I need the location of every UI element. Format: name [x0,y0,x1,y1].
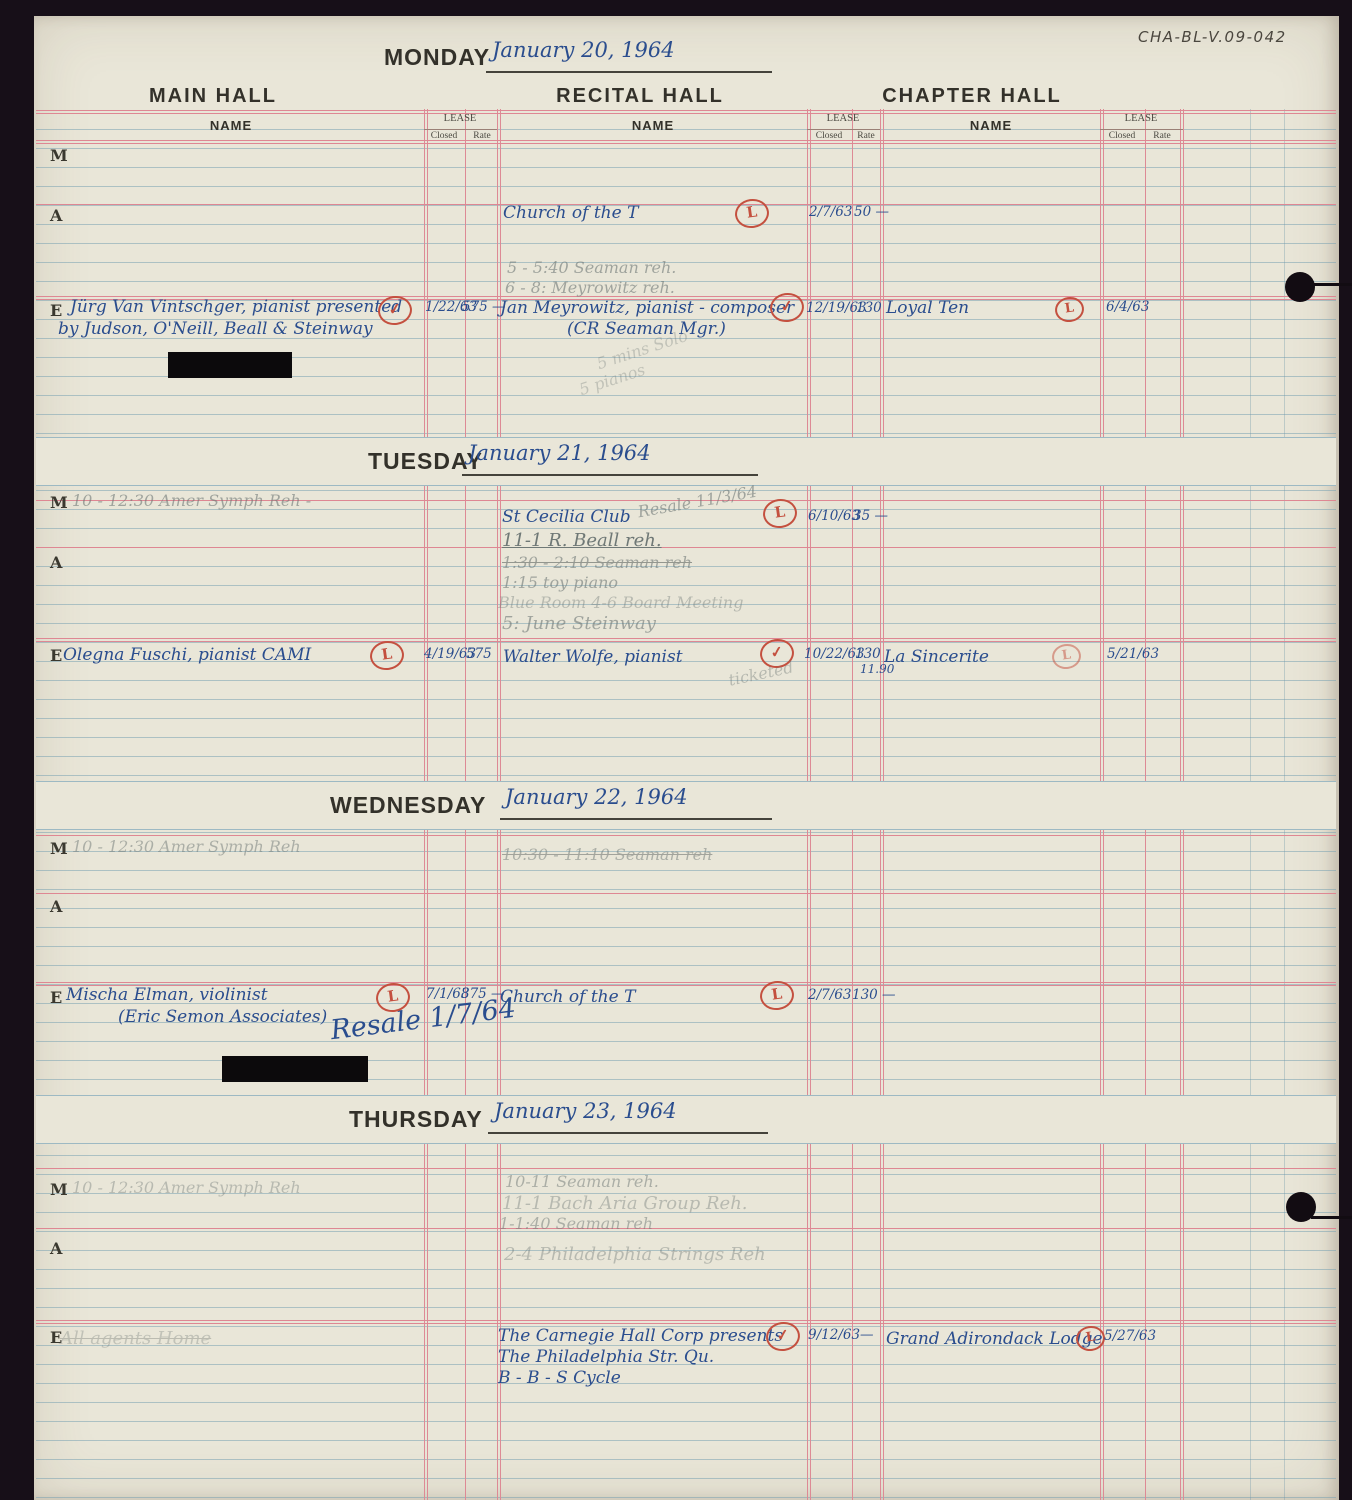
schedule-note: 10 - 12:30 Amer Symph Reh [72,1178,301,1197]
schedule-note: 11-1 Bach Aria Group Reh. [502,1193,748,1214]
row-label-afternoon: A [50,1239,62,1258]
day-date: January 21, 1964 [468,441,651,465]
booking-name: The Carnegie Hall Corp presents [498,1326,783,1346]
day-title: WEDNESDAY [330,792,486,819]
lease-divider [424,129,497,130]
col-header-lease: LEASE [827,113,860,124]
date-underline [462,474,758,476]
booking-name: Jan Meyrowitz, pianist - composer [500,298,794,318]
schedule-note: 1:15 toy piano [502,573,618,592]
col-header-lease: LEASE [1125,113,1158,124]
booking-name: Walter Wolfe, pianist [503,647,683,667]
lease-rate: 35 — [853,508,888,524]
col-header-name: NAME [632,118,674,133]
hall-title-main: MAIN HALL [149,85,277,108]
row-label-morning: M [50,1180,68,1199]
cancelled-entry: All agents Home [60,1328,211,1349]
red-rule [36,641,1336,642]
booking-name: B - B - S Cycle [498,1368,621,1388]
booking-name: St Cecilia Club [502,507,631,527]
row-label-morning: M [50,493,68,512]
row-label-evening: E [50,301,62,320]
booking-name: Mischa Elman, violinist [66,985,268,1005]
booking-name: Loyal Ten [886,298,969,318]
lease-rate: 130 [855,646,881,662]
booking-name: by Judson, O'Neill, Beall & Steinway [58,319,373,339]
lease-rate: 575 [466,646,492,662]
row-label-afternoon: A [50,206,62,225]
booking-name: Church of the T [503,203,638,223]
hole-punch [1285,272,1315,302]
row-label-afternoon: A [50,897,62,916]
red-rule [36,638,1336,639]
hole-punch-tear [1310,283,1352,286]
day-date: January 23, 1964 [494,1099,677,1123]
col-header-rate: Rate [1153,131,1170,141]
redaction-bar [222,1056,368,1082]
day-title: THURSDAY [349,1106,483,1133]
schedule-note: 2-4 Philadelphia Strings Reh [504,1244,766,1265]
row-label-evening: E [50,646,62,665]
booking-name: La Sincerite [884,647,989,667]
booking-name: Jürg Van Vintschger, pianist presented [70,297,402,317]
hole-punch-tear [1311,1216,1352,1219]
red-rule [36,893,1336,894]
schedule-note-cancelled: 10:30 - 11:10 Seaman reh [502,845,712,864]
red-rule [36,982,1336,983]
booking-name: (CR Seaman Mgr.) [567,319,726,339]
row-label-evening: E [50,988,62,1007]
day-title: MONDAY [384,44,490,71]
schedule-note: 5: June Steinway [502,613,656,634]
lease-closed-date: 5/21/63 [1107,646,1159,662]
booking-name: Grand Adirondack Lodge [886,1329,1103,1349]
day-date: January 20, 1964 [492,38,675,62]
lease-closed-date: 9/12/63 [808,1327,860,1343]
day-date: January 22, 1964 [505,785,688,809]
booking-name: Olegna Fuschi, pianist CAMI [63,645,311,665]
red-rule [36,1323,1336,1324]
ledger-scan-page: CHA-BL-V.09-042 MAIN HALL RECITAL HALL C… [0,0,1352,1500]
row-label-afternoon: A [50,553,62,572]
schedule-note: 6 - 8: Meyrowitz reh. [505,278,675,297]
red-rule [36,140,1336,141]
col-header-closed: Closed [816,131,842,141]
lease-closed-date: 2/7/63 [808,987,851,1003]
schedule-note: 10 - 12:30 Amer Symph Reh - [72,491,311,510]
col-header-closed: Closed [431,131,457,141]
col-header-name: NAME [970,118,1012,133]
lease-closed-date: 2/7/63 [809,204,852,220]
date-underline [500,818,772,820]
red-rule [36,835,1336,836]
schedule-note: 10 - 12:30 Amer Symph Reh [72,837,301,856]
red-rule [36,1168,1336,1169]
hall-title-chapter: CHAPTER HALL [882,85,1062,108]
lease-divider [807,129,880,130]
col-header-rate: Rate [857,131,874,141]
col-header-rate: Rate [473,131,490,141]
schedule-note: 11-1 R. Beall reh. [502,530,662,551]
day-title: TUESDAY [368,448,483,475]
date-underline [488,1132,768,1134]
archive-code: CHA-BL-V.09-042 [1138,28,1287,46]
lease-divider [1100,129,1183,130]
booking-name: Church of the T [500,987,635,1007]
schedule-note-cancelled: 1:30 - 2:10 Seaman reh [502,553,692,572]
lease-closed-date: 5/27/63 [1104,1328,1156,1344]
red-rule [36,110,1336,111]
hall-title-recital: RECITAL HALL [556,85,724,108]
col-header-lease: LEASE [444,113,477,124]
schedule-note: 10-11 Seaman reh. [505,1172,659,1191]
lease-rate: — [860,1327,874,1343]
lease-rate: 130 [856,300,882,316]
schedule-note: 5 - 5:40 Seaman reh. [507,258,676,277]
red-rule [36,204,1336,205]
col-header-closed: Closed [1109,131,1135,141]
title-band [36,437,1336,486]
lease-rate: 130 — [852,987,896,1003]
red-rule [36,1228,1336,1229]
lease-rate: 50 — [854,204,889,220]
schedule-note: 1-1:40 Seaman reh [499,1214,653,1233]
red-rule [36,1320,1336,1321]
booking-name: The Philadelphia Str. Qu. [498,1347,714,1367]
red-rule [36,143,1336,144]
title-band [36,1095,1336,1144]
lease-closed-date: 6/4/63 [1106,299,1149,315]
redaction-bar [168,352,292,378]
row-label-morning: M [50,839,68,858]
row-label-morning: M [50,146,68,165]
date-underline [486,71,772,73]
col-header-name: NAME [210,118,252,133]
red-rule [36,547,1336,548]
booking-name: (Eric Semon Associates) [118,1007,327,1027]
lease-rate: 875 — [461,986,505,1002]
schedule-note: Blue Room 4-6 Board Meeting [498,593,743,612]
